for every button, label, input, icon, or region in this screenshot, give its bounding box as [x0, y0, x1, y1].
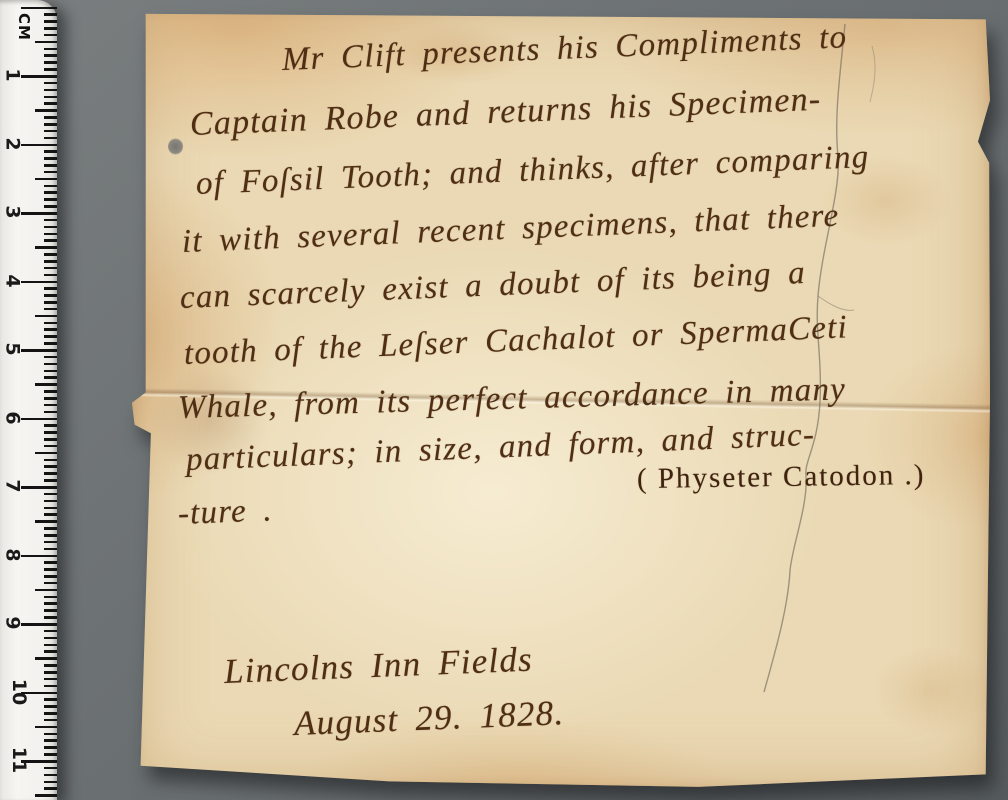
ruler-tick	[21, 486, 57, 489]
ruler-tick	[44, 650, 57, 653]
ruler-tick	[44, 781, 57, 784]
ruler-tick	[35, 109, 57, 112]
ruler-tick	[44, 445, 57, 448]
ruler-tick	[44, 465, 57, 468]
ruler-tick	[44, 308, 57, 311]
ruler-tick	[44, 191, 57, 194]
ruler-tick	[44, 479, 57, 482]
ruler-tick	[44, 20, 57, 23]
ruler-tick	[44, 171, 57, 174]
ruler-tick	[35, 794, 57, 797]
ruler-tick	[44, 89, 57, 92]
ruler-number: 2	[2, 137, 24, 150]
ruler-tick	[44, 253, 57, 256]
ruler-tick	[44, 260, 57, 263]
ruler-tick	[44, 596, 57, 599]
ruler-tick	[44, 739, 57, 742]
ruler-tick	[44, 294, 57, 297]
ruler-tick	[44, 102, 57, 105]
photo-scene: CM 1234567891011 Mr Clift presents his C…	[0, 0, 1008, 800]
ruler-tick	[21, 212, 57, 215]
ruler-tick	[44, 678, 57, 681]
ruler-tick	[44, 219, 57, 222]
ruler-tick	[35, 383, 57, 386]
ruler-number: 11	[8, 747, 30, 773]
ruler-tick	[44, 164, 57, 167]
ruler-tick	[44, 644, 57, 647]
ruler-tick	[44, 301, 57, 304]
ruler-tick	[44, 137, 57, 140]
ruler-tick	[44, 568, 57, 571]
ruler-tick	[44, 561, 57, 564]
ruler-tick	[44, 493, 57, 496]
ruler-tick	[44, 335, 57, 338]
ruler-tick	[21, 623, 57, 626]
ruler-tick	[44, 438, 57, 441]
ruler-tick	[44, 472, 57, 475]
species-annotation: ( Physeter Catodon .)	[637, 459, 926, 496]
ruler-tick	[44, 226, 57, 229]
ruler-tick	[44, 239, 57, 242]
ruler-tick	[44, 404, 57, 407]
ruler-number: 3	[2, 205, 24, 218]
ruler-number: 10	[8, 678, 30, 704]
ruler-tick	[44, 370, 57, 373]
ruler-tick	[44, 267, 57, 270]
ruler-tick	[44, 274, 57, 277]
ruler-tick	[44, 54, 57, 57]
ruler-tick	[35, 452, 57, 455]
ruler-tick	[44, 685, 57, 688]
ruler-tick	[44, 198, 57, 201]
ruler-tick	[44, 753, 57, 756]
ruler-tick	[44, 157, 57, 160]
ruler-tick	[44, 746, 57, 749]
ruler-number: 8	[2, 548, 24, 561]
ruler-tick	[44, 541, 57, 544]
ruler-tick	[44, 664, 57, 667]
ruler-tick	[44, 82, 57, 85]
ruler-tick	[44, 787, 57, 790]
ruler-tick	[44, 609, 57, 612]
ruler-tick	[44, 233, 57, 236]
ruler-tick	[44, 548, 57, 551]
ruler-tick	[44, 363, 57, 366]
ruler-tick	[35, 178, 57, 181]
ruler-tick	[44, 34, 57, 37]
ruler-tick	[44, 705, 57, 708]
ruler-number: 6	[2, 411, 24, 424]
ruler-tick	[44, 459, 57, 462]
ruler-tick	[21, 555, 57, 558]
ruler-tick	[44, 328, 57, 331]
ruler-tick	[35, 246, 57, 249]
ruler-tick	[21, 144, 57, 147]
ruler-number: 1	[2, 68, 24, 81]
ruler-tick	[44, 671, 57, 674]
ruler-tick	[44, 376, 57, 379]
ruler-tick	[35, 657, 57, 660]
ruler-unit-label: CM	[15, 13, 33, 41]
ruler-tick	[44, 48, 57, 51]
ruler-tick	[44, 637, 57, 640]
ruler-tick	[44, 575, 57, 578]
ruler-tick	[44, 205, 57, 208]
ruler-tick	[44, 397, 57, 400]
ruler-tick	[44, 582, 57, 585]
ruler-tick	[44, 150, 57, 153]
ruler-tick	[44, 534, 57, 537]
ruler-tick	[44, 774, 57, 777]
ruler-tick	[44, 130, 57, 133]
ruler-tick	[44, 513, 57, 516]
ruler-tick	[44, 123, 57, 126]
ruler-shadow: CM 1234567891011	[0, 0, 57, 800]
letter-paper-wrap: Mr Clift presents his Compliments to Cap…	[132, 6, 990, 790]
ruler-tick	[44, 431, 57, 434]
ruler-tick	[44, 390, 57, 393]
ruler-tick	[44, 287, 57, 290]
ruler-tick	[44, 411, 57, 414]
ruler-number: 7	[2, 479, 24, 492]
ruler-tick	[44, 356, 57, 359]
ruler-tick	[35, 726, 57, 729]
ruler-tick	[21, 7, 57, 10]
ruler-tick	[21, 349, 57, 352]
ruler-tick	[44, 185, 57, 188]
ruler-tick	[44, 712, 57, 715]
ruler-number: 5	[2, 342, 24, 355]
ruler-tick	[44, 68, 57, 71]
ruler-tick	[44, 602, 57, 605]
ruler-tick	[21, 75, 57, 78]
ruler-tick	[44, 527, 57, 530]
ruler-tick	[44, 13, 57, 16]
ruler-tick	[21, 281, 57, 284]
ruler-tick	[35, 41, 57, 44]
ruler-tick	[44, 616, 57, 619]
ruler-tick	[35, 589, 57, 592]
ruler-tick	[44, 61, 57, 64]
ruler-tick	[44, 96, 57, 99]
ruler-tick	[44, 630, 57, 633]
ruler-number: 4	[2, 274, 24, 287]
ruler-tick	[44, 507, 57, 510]
ruler-tick	[44, 719, 57, 722]
ruler-tick	[44, 424, 57, 427]
ruler-tick	[44, 733, 57, 736]
ruler-tick	[44, 342, 57, 345]
ruler-tick	[35, 315, 57, 318]
ruler-tick	[44, 27, 57, 30]
letter-line: -ture .	[177, 492, 273, 533]
letter-paper: Mr Clift presents his Compliments to Cap…	[132, 6, 990, 790]
ruler-number: 9	[2, 616, 24, 629]
ruler-tick	[44, 500, 57, 503]
ruler-tick	[44, 767, 57, 770]
ruler-tick	[21, 418, 57, 421]
ruler: CM 1234567891011	[0, 0, 57, 800]
ruler-tick	[44, 116, 57, 119]
ruler-tick	[35, 520, 57, 523]
ruler-tick	[44, 698, 57, 701]
ruler-tick	[44, 322, 57, 325]
